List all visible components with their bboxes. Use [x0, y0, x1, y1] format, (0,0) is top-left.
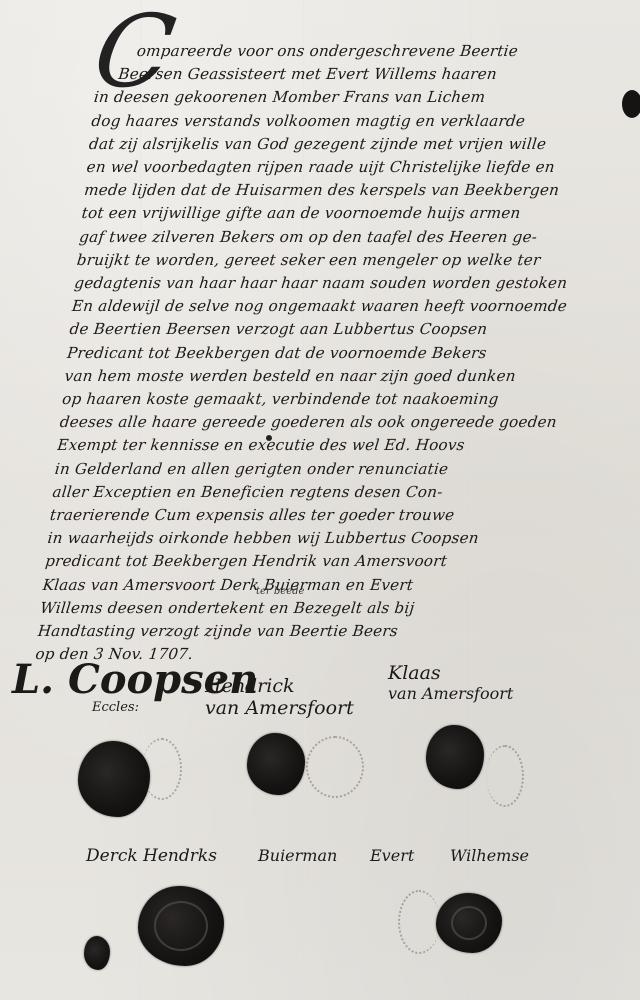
seal-impression [398, 890, 440, 954]
text-line: in deesen gekoorenen Momber Frans van Li… [93, 86, 631, 109]
wax-seal [138, 886, 224, 966]
signature-evert: Evert [370, 846, 414, 865]
signature-derck-hendrks: Derck Hendrks [86, 846, 217, 866]
wax-seal [436, 893, 502, 953]
text-line: Handtasting verzogt zijnde van Beertie B… [37, 620, 575, 643]
text-line: op haaren koste gemaakt, verbindende tot… [61, 388, 599, 411]
text-line: tot een vrijwillige gifte aan de voornoe… [80, 202, 618, 225]
text-line: Willems deesen ondertekent en Bezegelt a… [39, 597, 577, 620]
document-page: C ompareerde voor ons ondergeschrevene B… [0, 0, 640, 1000]
text-line: in Gelderland en allen gerigten onder re… [54, 458, 592, 481]
deed-text: ompareerde voor ons ondergeschrevene Bee… [34, 40, 636, 666]
seal-emblem [154, 901, 208, 951]
signature-klaas-van-amersfoort: Klaas van Amersfoort [388, 662, 513, 703]
text-line: en wel voorbedagten rijpen raade uijt Ch… [85, 156, 623, 179]
text-line: Exempt ter kennisse en executie des wel … [56, 434, 594, 457]
seal-impression [142, 738, 182, 800]
text-line: aller Exceptien en Beneficien regtens de… [51, 481, 589, 504]
text-line: gaf twee zilveren Bekers om op den taafe… [78, 226, 616, 249]
signature-hendrick-van-amersfoort: Hendrick van Amersfoort [205, 675, 354, 719]
text-line: in waarheijds oirkonde hebben wij Lubber… [46, 527, 584, 550]
text-line: van hem moste werden besteld en naar zij… [63, 365, 601, 388]
wax-seal [247, 733, 305, 795]
signature-wilhemse: Wilhemse [450, 846, 529, 865]
wax-seal [426, 725, 484, 789]
wax-seal [78, 741, 150, 817]
interlinear-note: ter beede [256, 586, 304, 597]
text-line: En aldewijl de selve nog ongemaakt waare… [71, 295, 609, 318]
seal-emblem [451, 906, 487, 940]
text-line: deeses alle haare gereede goederen als o… [59, 411, 597, 434]
text-line: bruijkt te worden, gereet seker een meng… [76, 249, 614, 272]
text-line: Klaas van Amersvoort Derk Buierman en Ev… [41, 574, 579, 597]
wax-seal-fragment [84, 936, 110, 970]
text-line: dog haares verstands volkoomen magtig en… [90, 110, 628, 133]
text-line: Predicant tot Beekbergen dat de voornoem… [66, 342, 604, 365]
text-line: gedagtenis van haar haar haar naam soude… [73, 272, 611, 295]
seal-impression [486, 745, 524, 807]
text-line: Beersen Geassisteert met Evert Willems h… [95, 63, 633, 86]
text-line: dat zij alsrijkelis van God gezegent zij… [88, 133, 626, 156]
seal-impression [306, 736, 364, 798]
text-line: ompareerde voor ons ondergeschrevene Bee… [98, 40, 636, 63]
signature-buierman: Buierman [258, 846, 337, 865]
text-line: predicant tot Beekbergen Hendrik van Ame… [44, 550, 582, 573]
text-line: traerierende Cum expensis alles ter goed… [49, 504, 587, 527]
text-line: mede lijden dat de Huisarmen des kerspel… [83, 179, 621, 202]
text-line: de Beertien Beersen verzogt aan Lubbertu… [68, 318, 606, 341]
